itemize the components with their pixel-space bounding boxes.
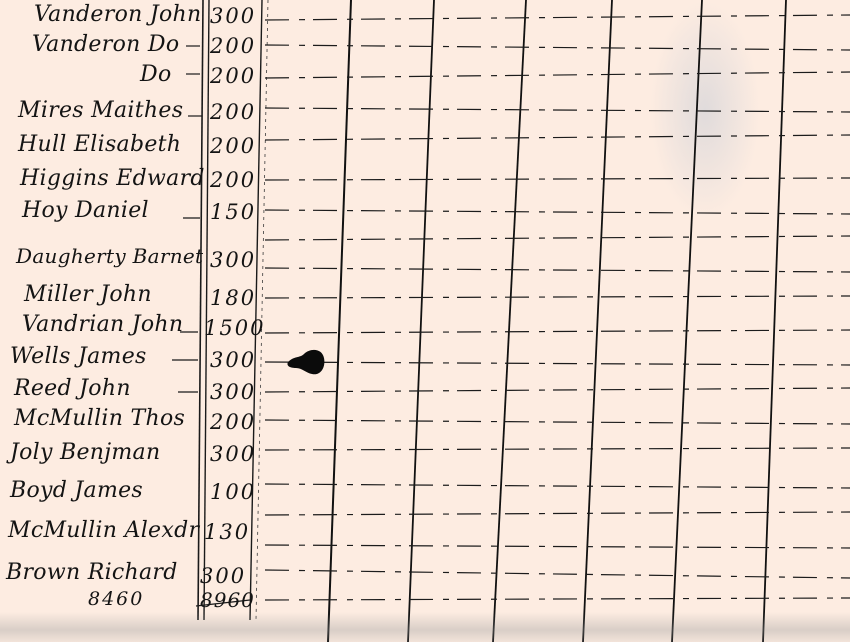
entry-name: Vanderon John: [34, 2, 201, 27]
entry-name: Higgins Edward: [20, 166, 205, 191]
entry-amount: 300: [210, 248, 256, 272]
entry-name: McMullin Alexdr: [8, 518, 199, 543]
ink-blot: [286, 346, 326, 376]
entry-name: Hull Elisabeth: [18, 132, 181, 157]
entry-name: Mires Maithes: [18, 98, 183, 123]
bottom-smudge: [0, 612, 850, 642]
entry-name: McMullin Thos: [14, 406, 185, 431]
entry-amount: 300: [200, 564, 246, 588]
entry-amount: 100: [210, 480, 256, 504]
entry-amount: 200: [210, 100, 256, 124]
entry-name: Reed John: [14, 376, 131, 401]
entry-amount: 180: [210, 286, 256, 310]
ledger-row: Hoy Daniel 150: [0, 198, 260, 238]
entry-name: Daugherty Barnet: [16, 244, 203, 268]
entry-amount: 300: [210, 348, 256, 372]
entry-name: Vandrian John: [22, 312, 183, 337]
entry-name: Do: [140, 62, 171, 87]
ledger-row: Daugherty Barnet 300: [0, 244, 260, 284]
entry-name: Boyd James: [10, 478, 143, 503]
entry-name: Joly Benjman: [10, 440, 160, 465]
total-right: 8960: [200, 588, 255, 612]
entry-name: Vanderon Do: [32, 32, 179, 57]
ledger-row: Joly Benjman 300: [0, 440, 260, 480]
ledger-row: Boyd James 100: [0, 478, 260, 518]
entry-amount: 200: [210, 34, 256, 58]
entry-amount: 1500: [204, 316, 265, 340]
ledger-row: McMullin Alexdr 130: [0, 518, 260, 558]
ledger-row: Do 200: [0, 62, 260, 102]
entry-name: Wells James: [10, 344, 147, 369]
entry-name: Brown Richard: [6, 560, 178, 585]
entry-amount: 200: [210, 64, 256, 88]
entry-amount: 300: [210, 380, 256, 404]
entry-amount: 200: [210, 410, 256, 434]
ledger-page: Vanderon John 300 Vanderon Do 200 Do 200…: [0, 0, 850, 642]
entry-amount: 300: [210, 4, 256, 28]
entry-amount: 300: [210, 442, 256, 466]
entry-name: Hoy Daniel: [22, 198, 149, 223]
entry-amount: 200: [210, 168, 256, 192]
entry-amount: 150: [210, 200, 256, 224]
entry-amount: 200: [210, 134, 256, 158]
entry-amount: 130: [204, 520, 250, 544]
entry-name: Miller John: [24, 282, 152, 307]
total-left: 8460: [88, 588, 144, 610]
